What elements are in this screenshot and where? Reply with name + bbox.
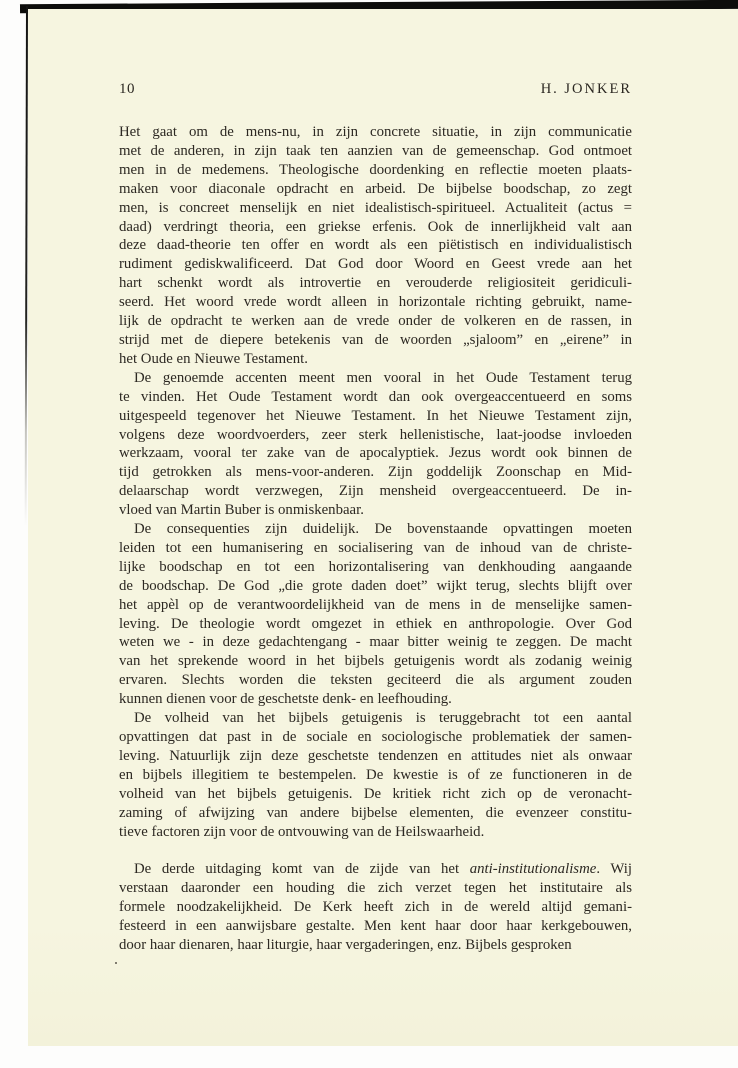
text-segment: . Wij bbox=[596, 861, 632, 877]
text-line: het Oude en Nieuwe Testament. bbox=[119, 350, 632, 369]
text-line: leving. De theologie wordt omgezet in et… bbox=[119, 615, 632, 634]
text-line: de boodschap. De God „die grote daden do… bbox=[119, 577, 632, 596]
text-line: ervaren. Slechts worden die teksten geci… bbox=[119, 671, 632, 690]
text-line: De genoemde accenten meent men vooral in… bbox=[119, 369, 632, 388]
text-line: strijd met de diepere betekenis van de w… bbox=[119, 331, 632, 350]
book-page: 10 H. JONKER Het gaat om de mens-nu, in … bbox=[28, 9, 738, 1046]
text-line: leving. Natuurlijk zijn deze geschetste … bbox=[119, 747, 632, 766]
text-line: kunnen dienen voor de geschetste denk- e… bbox=[119, 690, 632, 709]
text-line: men in de medemens. Theologische doorden… bbox=[119, 161, 632, 180]
text-line: De volheid van het bijbels getuigenis is… bbox=[119, 709, 632, 728]
text-line: opvattingen dat past in de sociale en so… bbox=[119, 728, 632, 747]
text-line: deze daad-theorie ten offer en wordt als… bbox=[119, 236, 632, 255]
text-line: weten we - in deze gedachtengang - maar … bbox=[119, 633, 632, 652]
text-line: van het sprekende woord in het bijbels g… bbox=[119, 652, 632, 671]
paragraph: De derde uitdaging komt van de zijde van… bbox=[119, 860, 632, 955]
ink-dot-artifact bbox=[115, 962, 117, 964]
text-line: Het gaat om de mens-nu, in zijn concrete… bbox=[119, 123, 632, 142]
text-line: met de anderen, in zijn taak ten aanzien… bbox=[119, 142, 632, 161]
page-header: 10 H. JONKER bbox=[119, 81, 632, 98]
text-line: De derde uitdaging komt van de zijde van… bbox=[119, 860, 632, 879]
text-line: en bijbels illegitiem te bestempelen. De… bbox=[119, 766, 632, 785]
text-line: volheid van het bijbels getuigenis. De k… bbox=[119, 785, 632, 804]
text-line: festeerd in een aanwijsbare gestalte. Me… bbox=[119, 917, 632, 936]
text-line: hart schenkt wordt als introvertie en ve… bbox=[119, 274, 632, 293]
italic-term: anti-institutionalisme bbox=[470, 861, 597, 877]
text-line: volgens deze woordvoerders, zeer sterk h… bbox=[119, 426, 632, 445]
text-line: seerd. Het woord vrede wordt alleen in h… bbox=[119, 293, 632, 312]
text-line: leiden tot een humanisering en socialise… bbox=[119, 539, 632, 558]
text-line: lijke boodschap en tot een horizontalise… bbox=[119, 558, 632, 577]
text-line: zaming of afwijzing van andere bijbelse … bbox=[119, 804, 632, 823]
text-line: formele noodzakelijkheid. De Kerk heeft … bbox=[119, 898, 632, 917]
text-line: het appèl op de verantwoordelijkheid van… bbox=[119, 596, 632, 615]
text-line: men, is concreet menselijk en niet ideal… bbox=[119, 199, 632, 218]
text-line: te vinden. Het Oude Testament wordt dan … bbox=[119, 388, 632, 407]
paragraph: Het gaat om de mens-nu, in zijn concrete… bbox=[119, 123, 632, 369]
text-line: daad) verdringt theoria, een griekse erf… bbox=[119, 218, 632, 237]
text-line: rudiment gediskwalificeerd. Dat God door… bbox=[119, 255, 632, 274]
text-line: maken voor diaconale opdracht en arbeid.… bbox=[119, 180, 632, 199]
text-line: door haar dienaren, haar liturgie, haar … bbox=[119, 936, 632, 955]
text-line: vloed van Martin Buber is onmiskenbaar. bbox=[119, 501, 632, 520]
text-line: delaarschap wordt verzwegen, Zijn menshe… bbox=[119, 482, 632, 501]
text-line: De consequenties zijn duidelijk. De bove… bbox=[119, 520, 632, 539]
page-number: 10 bbox=[119, 81, 135, 98]
text-line: uitgespeeld tegenover het Nieuwe Testame… bbox=[119, 407, 632, 426]
body-text: Het gaat om de mens-nu, in zijn concrete… bbox=[119, 123, 632, 955]
scanned-page-canvas: 10 H. JONKER Het gaat om de mens-nu, in … bbox=[0, 0, 738, 1068]
paragraph: De consequenties zijn duidelijk. De bove… bbox=[119, 520, 632, 709]
text-line: werkzaam, vooral ter zake van de apocaly… bbox=[119, 444, 632, 463]
text-line: lijk de opdracht te werken aan de vrede … bbox=[119, 312, 632, 331]
text-line: tieve factoren zijn voor de ontvouwing v… bbox=[119, 823, 632, 842]
running-header: H. JONKER bbox=[541, 81, 632, 98]
paragraph: De genoemde accenten meent men vooral in… bbox=[119, 369, 632, 520]
text-line: verstaan daaronder een houding die zich … bbox=[119, 879, 632, 898]
text-segment: De derde uitdaging komt van de zijde van… bbox=[134, 861, 470, 877]
text-line: tijd getrokken als mens-voor-anderen. Zi… bbox=[119, 463, 632, 482]
paragraph: De volheid van het bijbels getuigenis is… bbox=[119, 709, 632, 841]
